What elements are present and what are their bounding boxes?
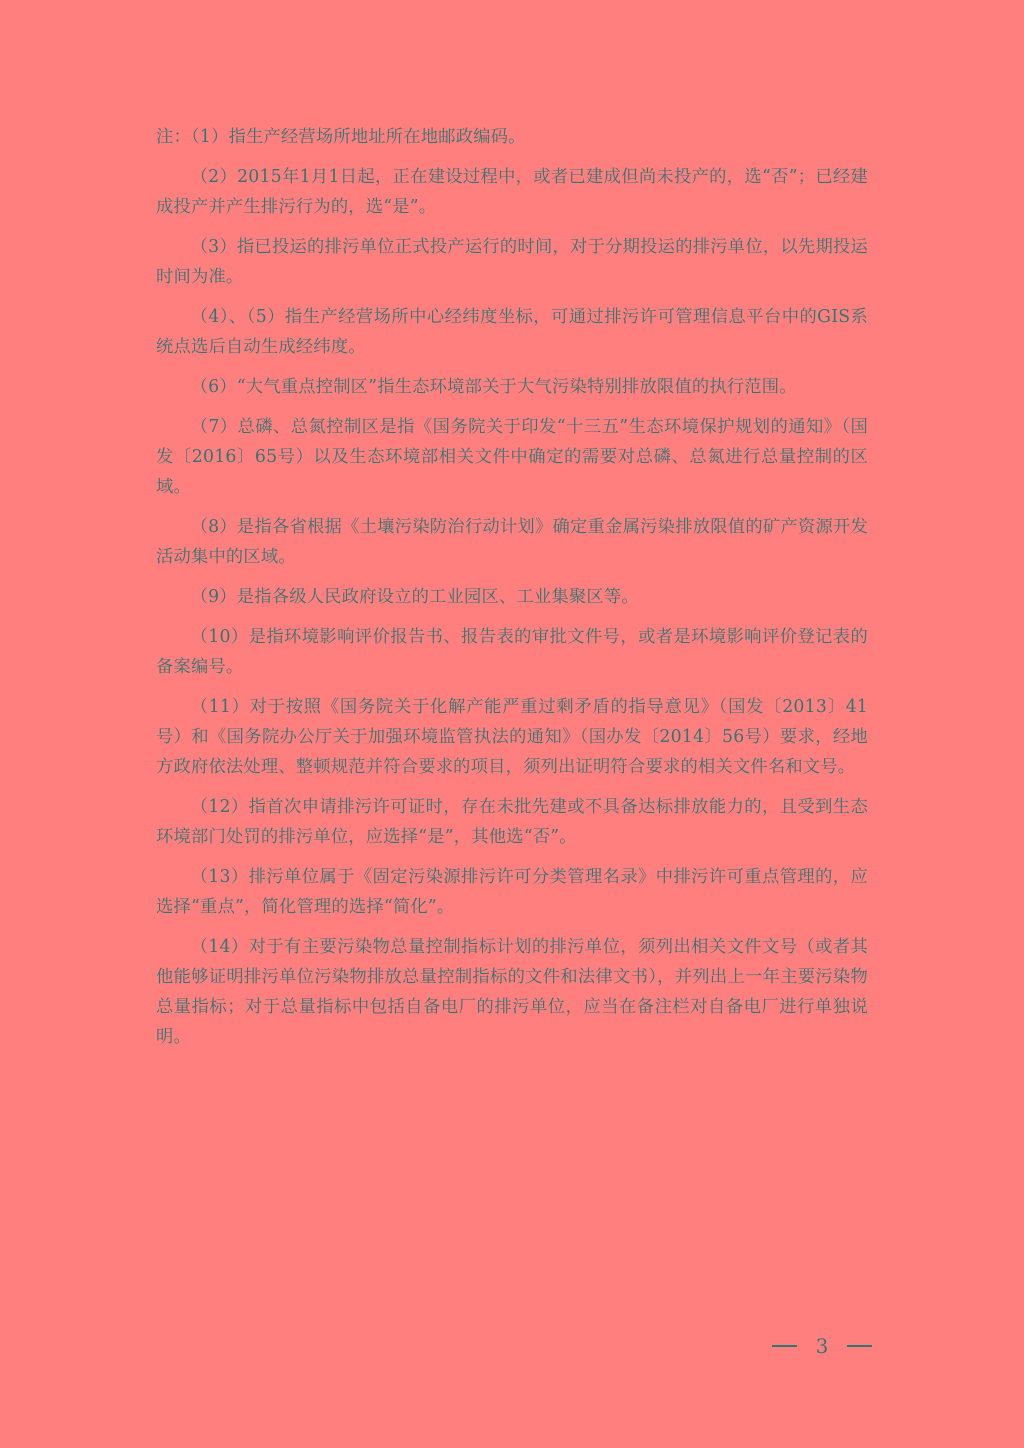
note-8: （8）是指各省根据《土壤污染防治行动计划》确定重金属污染排放限值的矿产资源开发活…: [156, 512, 868, 572]
note-1: 注：（1）指生产经营场所地址所在地邮政编码。: [156, 122, 868, 152]
note-3: （3）指已投运的排污单位正式投产运行的时间，对于分期投运的排污单位，以先期投运时…: [156, 232, 868, 292]
page-number: 3: [772, 1334, 872, 1358]
note-9: （9）是指各级人民政府设立的工业园区、工业集聚区等。: [156, 582, 868, 612]
note-14: （14）对于有主要污染物总量控制指标计划的排污单位，须列出相关文件文号（或者其他…: [156, 932, 868, 1052]
note-6: （6）“大气重点控制区”指生态环境部关于大气污染特别排放限值的执行范围。: [156, 372, 868, 402]
note-13: （13）排污单位属于《固定污染源排污许可分类管理名录》中排污许可重点管理的，应选…: [156, 862, 868, 922]
note-10: （10）是指环境影响评价报告书、报告表的审批文件号，或者是环境影响评价登记表的备…: [156, 622, 868, 682]
note-7: （7）总磷、总氮控制区是指《国务院关于印发“十三五”生态环境保护规划的通知》（国…: [156, 412, 868, 502]
document-page: 注：（1）指生产经营场所地址所在地邮政编码。 （2）2015年1月1日起，正在建…: [156, 122, 868, 1062]
page-number-value: 3: [816, 1334, 829, 1358]
page-number-dash-right: [847, 1345, 872, 1347]
note-2: （2）2015年1月1日起，正在建设过程中，或者已建成但尚未投产的，选“否”；已…: [156, 162, 868, 222]
note-11: （11）对于按照《国务院关于化解产能严重过剩矛盾的指导意见》（国发〔2013〕4…: [156, 692, 868, 782]
note-12: （12）指首次申请排污许可证时，存在未批先建或不具备达标排放能力的，且受到生态环…: [156, 792, 868, 852]
page-number-dash-left: [772, 1345, 797, 1347]
note-4-5: （4）、（5）指生产经营场所中心经纬度坐标，可通过排污许可管理信息平台中的GIS…: [156, 302, 868, 362]
